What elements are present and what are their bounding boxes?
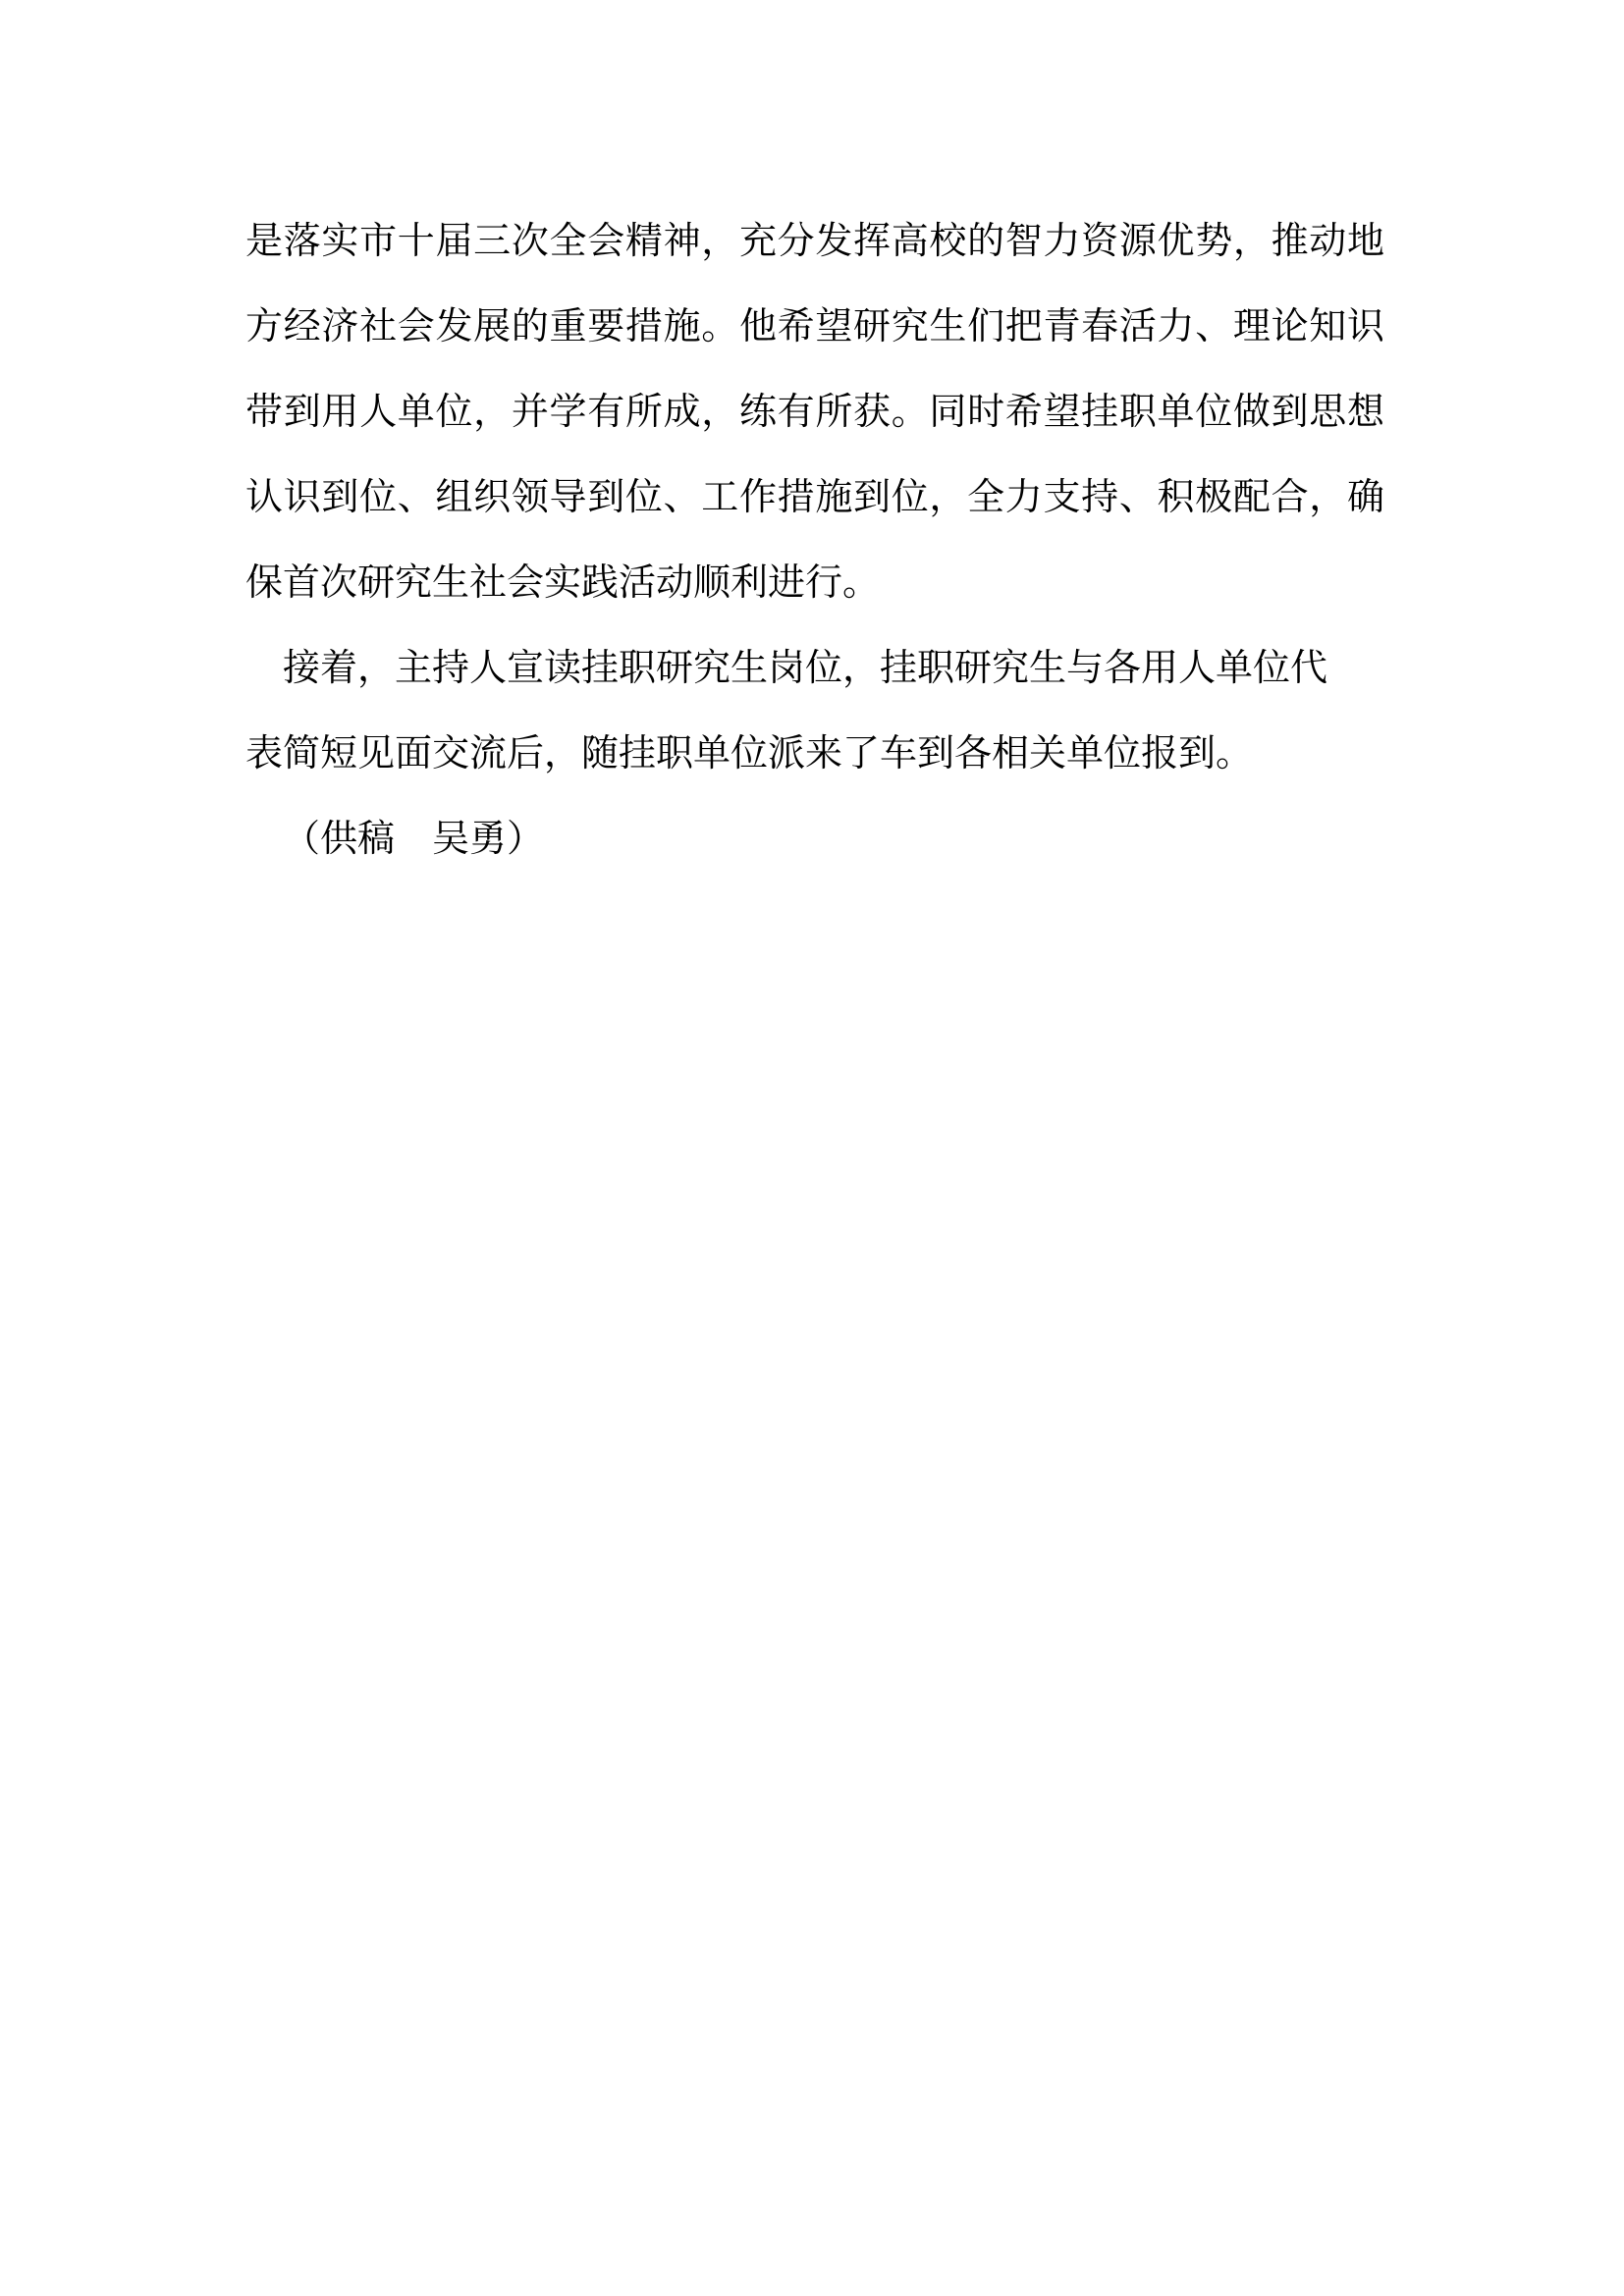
attribution-line: （供稿 吴勇）: [245, 797, 1384, 882]
body-text-line-6: 接着，主持人宣读挂职研究生岗位，挂职研究生与各用人单位代: [245, 626, 1384, 712]
body-text-line-3: 带到用人单位，并学有所成，练有所获。同时希望挂职单位做到思想: [245, 370, 1384, 455]
body-text-line-5: 保首次研究生社会实践活动顺利进行。: [245, 541, 1384, 626]
document-page: 是落实市十届三次全会精神，充分发挥高校的智力资源优势，推动地 方经济社会发展的重…: [0, 0, 1624, 2296]
body-text-line-2: 方经济社会发展的重要措施。他希望研究生们把青春活力、理论知识: [245, 285, 1384, 370]
body-text-line-7: 表简短见面交流后，随挂职单位派来了车到各相关单位报到。: [245, 712, 1384, 797]
body-text-line-1: 是落实市十届三次全会精神，充分发挥高校的智力资源优势，推动地: [245, 199, 1384, 285]
document-text-block: 是落实市十届三次全会精神，充分发挥高校的智力资源优势，推动地 方经济社会发展的重…: [245, 199, 1384, 882]
body-text-line-4: 认识到位、组织领导到位、工作措施到位，全力支持、积极配合，确: [245, 455, 1384, 541]
